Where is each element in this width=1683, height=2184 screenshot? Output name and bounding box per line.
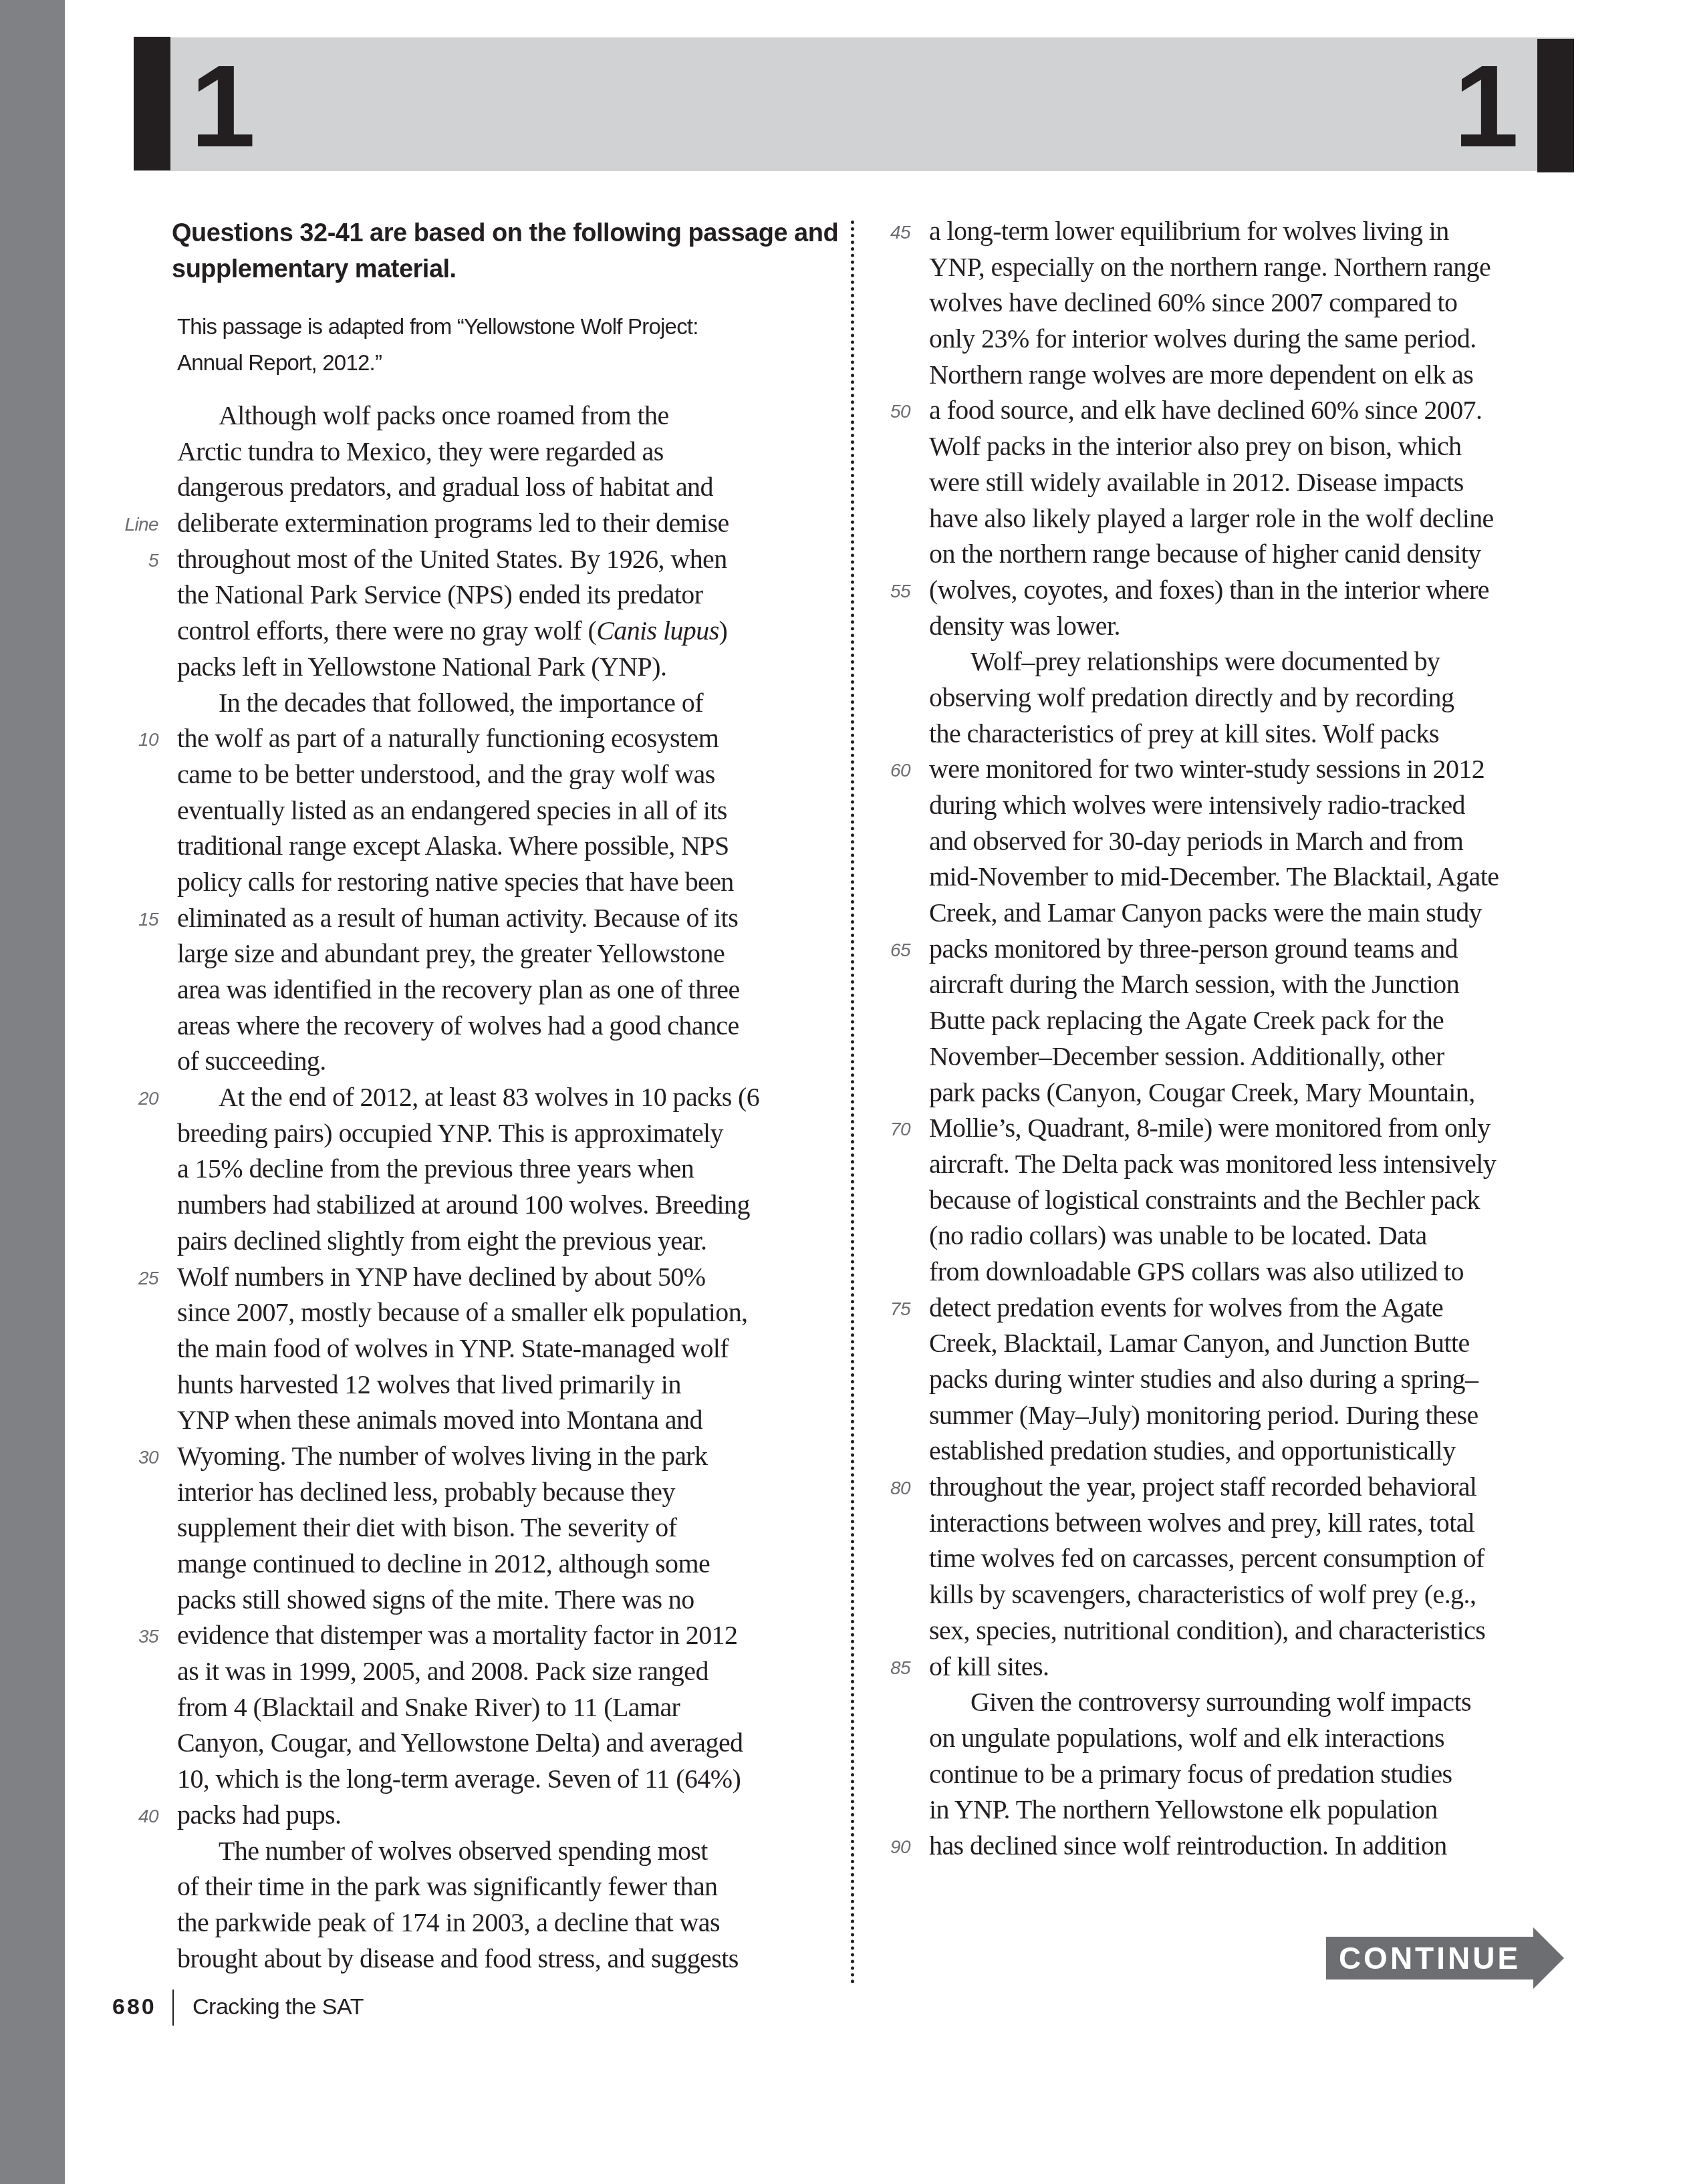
header-edge-left <box>134 37 170 170</box>
passage-line: numbers had stabilized at around 100 wol… <box>177 1187 819 1223</box>
passage-line: hunts harvested 12 wolves that lived pri… <box>177 1367 819 1403</box>
page-edge-band <box>0 0 65 2184</box>
line-text: were still widely available in 2012. Dis… <box>929 467 1464 497</box>
passage-line: 65packs monitored by three-person ground… <box>929 931 1577 967</box>
line-text: (wolves, coyotes, and foxes) than in the… <box>929 575 1489 605</box>
passage-line: areas where the recovery of wolves had a… <box>177 1008 819 1044</box>
passage-line: Wolf packs in the interior also prey on … <box>929 428 1577 464</box>
passage-line: summer (May–July) monitoring period. Dur… <box>929 1397 1577 1434</box>
line-text: the parkwide peak of 174 in 2003, a decl… <box>177 1907 720 1937</box>
passage-line: 15eliminated as a result of human activi… <box>177 900 819 936</box>
page-number: 680 <box>112 1990 156 2024</box>
passage-line: time wolves fed on carcasses, percent co… <box>929 1540 1577 1577</box>
line-text: as it was in 1999, 2005, and 2008. Pack … <box>177 1656 708 1686</box>
line-text: Mollie’s, Quadrant, 8-mile) were monitor… <box>929 1113 1491 1143</box>
line-text: packs during winter studies and also dur… <box>929 1364 1478 1394</box>
footer-separator <box>172 1990 174 2026</box>
passage-line: 30Wyoming. The number of wolves living i… <box>177 1438 819 1474</box>
line-text: Given the controversy surrounding wolf i… <box>970 1687 1471 1717</box>
line-text: dangerous predators, and gradual loss of… <box>177 472 713 502</box>
line-text: The number of wolves observed spending m… <box>219 1836 708 1866</box>
line-text: packs monitored by three-person ground t… <box>929 934 1458 964</box>
passage-line: packs during winter studies and also dur… <box>929 1361 1577 1397</box>
source-note-line-2: Annual Report, 2012.” <box>177 345 819 381</box>
line-text: kills by scavengers, characteristics of … <box>929 1579 1476 1609</box>
line-text: packs still showed signs of the mite. Th… <box>177 1585 694 1615</box>
line-text: packs had pups. <box>177 1800 341 1830</box>
passage-line: 85of kill sites. <box>929 1649 1577 1685</box>
passage-line: of their time in the park was significan… <box>177 1869 819 1905</box>
passage-line: eventually listed as an endangered speci… <box>177 793 819 829</box>
line-text: a 15% decline from the previous three ye… <box>177 1153 694 1184</box>
continue-arrow-icon[interactable] <box>1533 1927 1564 1989</box>
line-text: At the end of 2012, at least 83 wolves i… <box>219 1082 759 1112</box>
line-number: 15 <box>118 902 158 938</box>
line-text: Wolf numbers in YNP have declined by abo… <box>177 1262 706 1292</box>
line-text: control efforts, there were no gray wolf… <box>177 616 727 646</box>
line-text: because of logistical constraints and th… <box>929 1185 1480 1215</box>
passage-line: Arctic tundra to Mexico, they were regar… <box>177 434 819 470</box>
line-text: came to be better understood, and the gr… <box>177 759 715 789</box>
line-number: 50 <box>870 394 910 430</box>
passage-line: policy calls for restoring native specie… <box>177 864 819 900</box>
section-header-bar <box>134 37 1574 171</box>
line-text: Arctic tundra to Mexico, they were regar… <box>177 436 664 466</box>
passage-line: observing wolf predation directly and by… <box>929 680 1577 716</box>
passage-line: density was lower. <box>929 608 1577 644</box>
line-text: Creek, Blacktail, Lamar Canyon, and Junc… <box>929 1328 1470 1358</box>
line-text: the main food of wolves in YNP. State-ma… <box>177 1333 729 1363</box>
line-text: mid-November to mid-December. The Blackt… <box>929 861 1499 892</box>
passage-left-column: Although wolf packs once roamed from the… <box>177 398 819 1976</box>
line-text: the National Park Service (NPS) ended it… <box>177 579 702 609</box>
line-text: breeding pairs) occupied YNP. This is ap… <box>177 1118 723 1148</box>
line-text: area was identified in the recovery plan… <box>177 974 740 1004</box>
passage-line: Canyon, Cougar, and Yellowstone Delta) a… <box>177 1725 819 1761</box>
line-text: sex, species, nutritional condition), an… <box>929 1615 1485 1645</box>
line-number: 25 <box>118 1260 158 1296</box>
line-text: park packs (Canyon, Cougar Creek, Mary M… <box>929 1077 1475 1107</box>
passage-line: breeding pairs) occupied YNP. This is ap… <box>177 1115 819 1151</box>
passage-line: aircraft. The Delta pack was monitored l… <box>929 1146 1577 1182</box>
passage-line: YNP when these animals moved into Montan… <box>177 1402 819 1438</box>
passage-line: only 23% for interior wolves during the … <box>929 321 1577 357</box>
line-number: 65 <box>870 932 910 968</box>
passage-line: in YNP. The northern Yellowstone elk pop… <box>929 1792 1577 1828</box>
line-text: throughout the year, project staff recor… <box>929 1472 1476 1502</box>
passage-line: since 2007, mostly because of a smaller … <box>177 1294 819 1331</box>
line-text: eventually listed as an endangered speci… <box>177 795 727 825</box>
passage-line: packs still showed signs of the mite. Th… <box>177 1582 819 1618</box>
passage-line: packs left in Yellowstone National Park … <box>177 649 819 685</box>
passage-line: the main food of wolves in YNP. State-ma… <box>177 1331 819 1367</box>
line-text: supplement their diet with bison. The se… <box>177 1512 677 1542</box>
line-text: hunts harvested 12 wolves that lived pri… <box>177 1369 681 1399</box>
line-number: 60 <box>870 753 910 789</box>
passage-line: 10the wolf as part of a naturally functi… <box>177 720 819 757</box>
passage-line: 55(wolves, coyotes, and foxes) than in t… <box>929 572 1577 608</box>
column-divider <box>851 221 854 1985</box>
line-number: 75 <box>870 1291 910 1327</box>
passage-line: wolves have declined 60% since 2007 comp… <box>929 285 1577 321</box>
line-number: 55 <box>870 573 910 609</box>
line-text: the characteristics of prey at kill site… <box>929 718 1439 748</box>
line-text: from 4 (Blacktail and Snake River) to 11… <box>177 1692 680 1722</box>
line-text: and observed for 30-day periods in March… <box>929 826 1463 856</box>
passage-line: sex, species, nutritional condition), an… <box>929 1613 1577 1649</box>
passage-line: the National Park Service (NPS) ended it… <box>177 577 819 613</box>
passage-line: from 4 (Blacktail and Snake River) to 11… <box>177 1689 819 1726</box>
section-number-right: 1 <box>1454 47 1519 167</box>
passage-line: 60were monitored for two winter-study se… <box>929 751 1577 787</box>
passage-line: Northern range wolves are more dependent… <box>929 357 1577 393</box>
line-number: 90 <box>870 1829 910 1865</box>
passage-line: 45a long-term lower equilibrium for wolv… <box>929 213 1577 249</box>
line-number: 30 <box>118 1440 158 1476</box>
line-number: 5 <box>118 543 158 579</box>
passage-line: Although wolf packs once roamed from the <box>177 398 819 434</box>
passage-line: as it was in 1999, 2005, and 2008. Pack … <box>177 1653 819 1689</box>
passage-line: 35evidence that distemper was a mortalit… <box>177 1617 819 1653</box>
book-title: Cracking the SAT <box>192 1990 364 2024</box>
line-text: interior has declined less, probably bec… <box>177 1477 675 1507</box>
line-text: time wolves fed on carcasses, percent co… <box>929 1543 1484 1573</box>
line-text: Creek, and Lamar Canyon packs were the m… <box>929 898 1482 928</box>
line-text: has declined since wolf reintroduction. … <box>929 1830 1447 1861</box>
passage-line: Creek, Blacktail, Lamar Canyon, and Junc… <box>929 1325 1577 1361</box>
passage-line: because of logistical constraints and th… <box>929 1182 1577 1218</box>
line-text: traditional range except Alaska. Where p… <box>177 831 729 861</box>
line-text: summer (May–July) monitoring period. Dur… <box>929 1400 1478 1430</box>
line-text: 10, which is the long-term average. Seve… <box>177 1764 741 1794</box>
passage-line: YNP, especially on the northern range. N… <box>929 249 1577 285</box>
line-text: Northern range wolves are more dependent… <box>929 360 1473 390</box>
passage-line: a 15% decline from the previous three ye… <box>177 1151 819 1187</box>
passage-line: November–December session. Additionally,… <box>929 1039 1577 1075</box>
line-text: YNP when these animals moved into Montan… <box>177 1405 702 1435</box>
line-text: Although wolf packs once roamed from the <box>219 400 669 430</box>
passage-line: 5throughout most of the United States. B… <box>177 541 819 577</box>
line-number: 20 <box>118 1081 158 1117</box>
line-text: Wolf–prey relationships were documented … <box>970 646 1440 676</box>
source-note-line-1: This passage is adapted from “Yellowston… <box>177 309 819 345</box>
line-text: November–December session. Additionally,… <box>929 1041 1444 1071</box>
line-text: continue to be a primary focus of predat… <box>929 1759 1452 1789</box>
passage-line: 75detect predation events for wolves fro… <box>929 1290 1577 1326</box>
line-text: deliberate extermination programs led to… <box>177 508 729 538</box>
passage-right-column: 45a long-term lower equilibrium for wolv… <box>929 213 1577 1864</box>
passage-line: dangerous predators, and gradual loss of… <box>177 469 819 505</box>
line-text: aircraft during the March session, with … <box>929 969 1459 999</box>
line-text: the wolf as part of a naturally function… <box>177 723 719 753</box>
passage-line: 80throughout the year, project staff rec… <box>929 1469 1577 1505</box>
line-text: packs left in Yellowstone National Park … <box>177 652 666 682</box>
line-text: large size and abundant prey, the greate… <box>177 938 725 968</box>
passage-line: Wolf–prey relationships were documented … <box>929 644 1577 680</box>
line-text: Canyon, Cougar, and Yellowstone Delta) a… <box>177 1728 743 1758</box>
source-note: This passage is adapted from “Yellowston… <box>177 309 819 381</box>
passage-line: continue to be a primary focus of predat… <box>929 1756 1577 1792</box>
line-text: mange continued to decline in 2012, alth… <box>177 1548 710 1579</box>
passage-line: In the decades that followed, the import… <box>177 685 819 721</box>
passage-line: kills by scavengers, characteristics of … <box>929 1577 1577 1613</box>
line-text: wolves have declined 60% since 2007 comp… <box>929 287 1457 317</box>
passage-line: supplement their diet with bison. The se… <box>177 1510 819 1546</box>
line-text: of succeeding. <box>177 1046 326 1076</box>
line-text: from downloadable GPS collars was also u… <box>929 1256 1464 1286</box>
questions-heading: Questions 32-41 are based on the followi… <box>172 215 840 287</box>
line-number: 40 <box>118 1798 158 1834</box>
line-text: aircraft. The Delta pack was monitored l… <box>929 1149 1496 1179</box>
line-number: 45 <box>870 215 910 251</box>
passage-line: 90has declined since wolf reintroduction… <box>929 1828 1577 1864</box>
line-text: YNP, especially on the northern range. N… <box>929 252 1491 282</box>
passage-line: Creek, and Lamar Canyon packs were the m… <box>929 895 1577 931</box>
continue-button[interactable]: CONTINUE <box>1326 1937 1533 1980</box>
line-text: In the decades that followed, the import… <box>219 688 703 718</box>
passage-line: were still widely available in 2012. Dis… <box>929 464 1577 501</box>
line-text: density was lower. <box>929 611 1120 641</box>
passage-line: 50a food source, and elk have declined 6… <box>929 392 1577 428</box>
passage-line: have also likely played a larger role in… <box>929 501 1577 537</box>
line-text: during which wolves were intensively rad… <box>929 790 1465 820</box>
line-text: of kill sites. <box>929 1651 1049 1681</box>
passage-line: The number of wolves observed spending m… <box>177 1833 819 1869</box>
passage-line: 20At the end of 2012, at least 83 wolves… <box>177 1079 819 1115</box>
passage-line: aircraft during the March session, with … <box>929 966 1577 1002</box>
line-text: a food source, and elk have declined 60%… <box>929 395 1482 425</box>
header-edge-right <box>1537 39 1574 172</box>
line-number: 10 <box>118 722 158 758</box>
passage-line: large size and abundant prey, the greate… <box>177 936 819 972</box>
passage-line: 10, which is the long-term average. Seve… <box>177 1761 819 1797</box>
line-number: Line <box>118 507 158 543</box>
line-text: in YNP. The northern Yellowstone elk pop… <box>929 1794 1438 1824</box>
line-text: (no radio collars) was unable to be loca… <box>929 1220 1427 1250</box>
passage-line: mid-November to mid-December. The Blackt… <box>929 859 1577 895</box>
passage-line: on the northern range because of higher … <box>929 536 1577 572</box>
passage-line: on ungulate populations, wolf and elk in… <box>929 1720 1577 1756</box>
passage-line: Linedeliberate extermination programs le… <box>177 505 819 541</box>
passage-line: came to be better understood, and the gr… <box>177 757 819 793</box>
line-text: have also likely played a larger role in… <box>929 503 1494 533</box>
line-text: numbers had stabilized at around 100 wol… <box>177 1190 750 1220</box>
passage-line: of succeeding. <box>177 1043 819 1079</box>
line-text: only 23% for interior wolves during the … <box>929 323 1476 354</box>
line-text: on ungulate populations, wolf and elk in… <box>929 1723 1444 1753</box>
passage-line: park packs (Canyon, Cougar Creek, Mary M… <box>929 1075 1577 1111</box>
line-text: were monitored for two winter-study sess… <box>929 754 1484 784</box>
passage-line: interior has declined less, probably bec… <box>177 1474 819 1510</box>
line-text: Wyoming. The number of wolves living in … <box>177 1441 707 1471</box>
line-text: evidence that distemper was a mortality … <box>177 1620 737 1650</box>
section-number-left: 1 <box>190 47 255 167</box>
line-text: of their time in the park was significan… <box>177 1871 717 1901</box>
line-text: throughout most of the United States. By… <box>177 544 727 574</box>
line-number: 85 <box>870 1650 910 1686</box>
passage-line: interactions between wolves and prey, ki… <box>929 1505 1577 1541</box>
passage-line: area was identified in the recovery plan… <box>177 972 819 1008</box>
line-text: established predation studies, and oppor… <box>929 1436 1456 1466</box>
line-text: interactions between wolves and prey, ki… <box>929 1508 1474 1538</box>
passage-line: mange continued to decline in 2012, alth… <box>177 1546 819 1582</box>
line-text: brought about by disease and food stress… <box>177 1943 739 1973</box>
passage-line: Given the controversy surrounding wolf i… <box>929 1684 1577 1720</box>
line-number: 35 <box>118 1619 158 1655</box>
passage-line: control efforts, there were no gray wolf… <box>177 613 819 649</box>
line-text: on the northern range because of higher … <box>929 539 1481 569</box>
passage-line: (no radio collars) was unable to be loca… <box>929 1218 1577 1254</box>
line-text: pairs declined slightly from eight the p… <box>177 1226 706 1256</box>
line-number: 80 <box>870 1470 910 1506</box>
line-text: a long-term lower equilibrium for wolves… <box>929 216 1449 246</box>
line-text: eliminated as a result of human activity… <box>177 903 738 933</box>
passage-line: established predation studies, and oppor… <box>929 1433 1577 1469</box>
line-text: Butte pack replacing the Agate Creek pac… <box>929 1005 1444 1035</box>
passage-line: 25Wolf numbers in YNP have declined by a… <box>177 1259 819 1295</box>
line-number: 70 <box>870 1111 910 1147</box>
passage-line: the characteristics of prey at kill site… <box>929 716 1577 752</box>
passage-line: brought about by disease and food stress… <box>177 1941 819 1977</box>
passage-line: the parkwide peak of 174 in 2003, a decl… <box>177 1905 819 1941</box>
passage-line: pairs declined slightly from eight the p… <box>177 1223 819 1259</box>
line-text: detect predation events for wolves from … <box>929 1292 1443 1323</box>
passage-line: during which wolves were intensively rad… <box>929 787 1577 823</box>
passage-line: and observed for 30-day periods in March… <box>929 823 1577 859</box>
passage-line: Butte pack replacing the Agate Creek pac… <box>929 1002 1577 1039</box>
passage-line: from downloadable GPS collars was also u… <box>929 1254 1577 1290</box>
line-text: areas where the recovery of wolves had a… <box>177 1010 739 1041</box>
passage-line: 40packs had pups. <box>177 1797 819 1833</box>
line-text: Wolf packs in the interior also prey on … <box>929 431 1462 461</box>
line-text: since 2007, mostly because of a smaller … <box>177 1297 747 1327</box>
passage-line: traditional range except Alaska. Where p… <box>177 828 819 864</box>
line-text: observing wolf predation directly and by… <box>929 682 1454 712</box>
line-text: policy calls for restoring native specie… <box>177 867 734 897</box>
passage-line: 70Mollie’s, Quadrant, 8-mile) were monit… <box>929 1110 1577 1146</box>
